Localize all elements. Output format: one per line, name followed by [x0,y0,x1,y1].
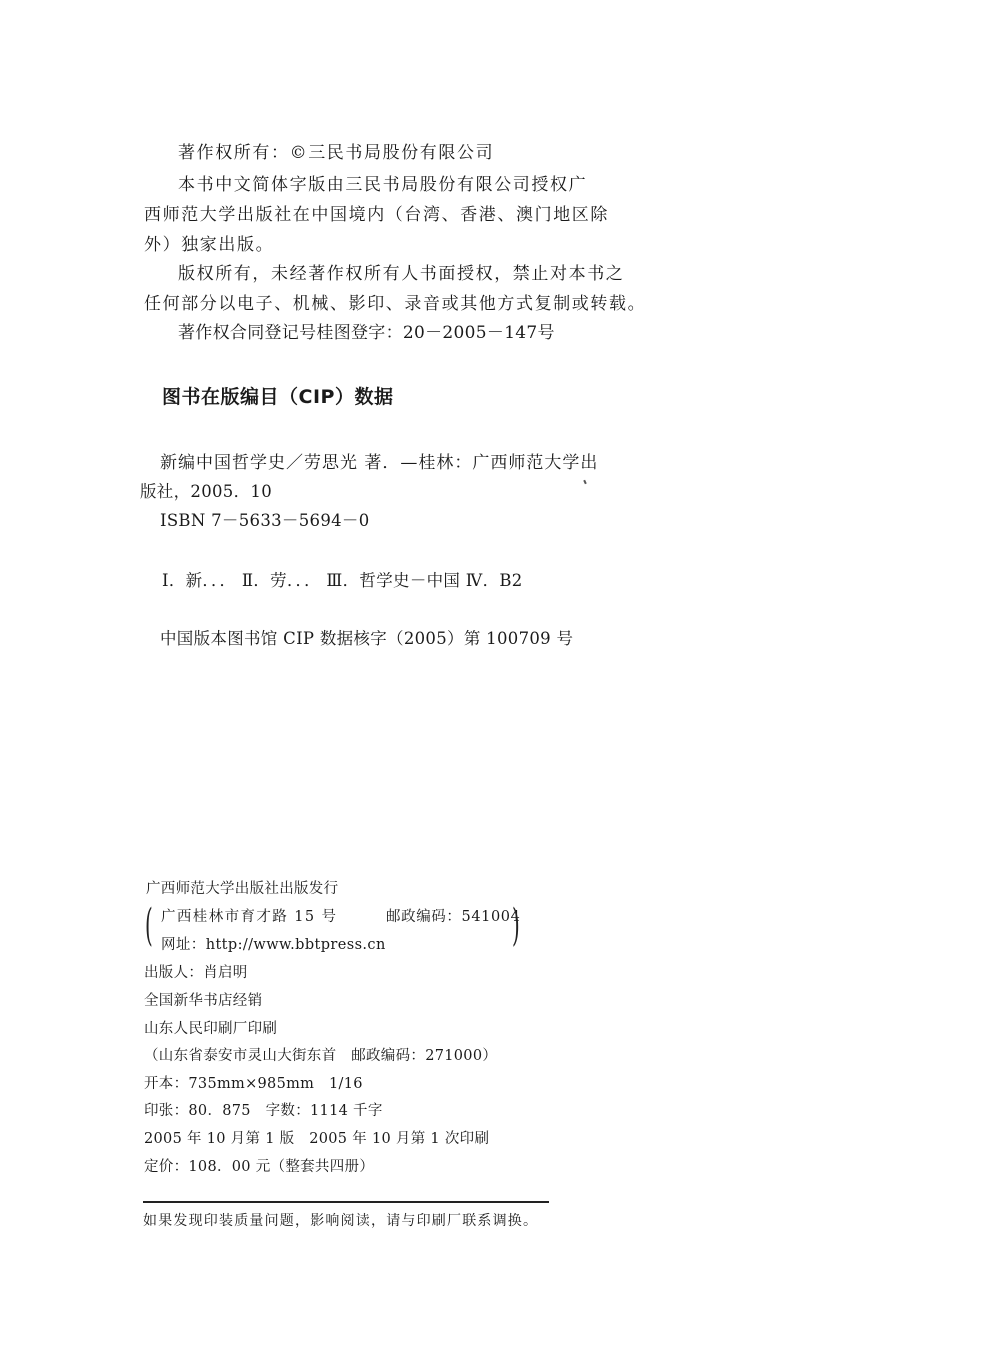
distributor: 全国新华书店经销 [144,994,262,1009]
printer: 山东人民印刷厂印刷 [144,1022,277,1037]
cip-heading: 图书在版编目（CIP）数据 [162,388,393,407]
cip-record-number: 中国版本图书馆 CIP 数据核字（2005）第 100709 号 [160,631,573,648]
sheets-and-word-count: 印张：80．875 字数：1114 千字 [144,1104,383,1119]
footer-divider [143,1201,549,1203]
cip-subjects: Ⅰ．新．．． Ⅱ．劳．．． Ⅲ．哲学史－中国 Ⅳ．B2 [162,573,523,590]
price: 定价：108．00 元（整套共四册） [144,1160,374,1175]
publisher-person: 出版人：肖启明 [144,966,248,981]
cip-entry-line-1: 新编中国哲学史／劳思光 著．—桂林：广西师范大学出 [160,455,598,472]
right-bracket: ) [512,904,520,948]
publisher-postal-code: 邮政编码：541004 [386,910,520,925]
license-line-2: 西师范大学出版社在中国境内（台湾、香港、澳门地区除 [144,207,609,224]
quality-notice: 如果发现印装质量问题，影响阅读，请与印刷厂联系调换。 [143,1214,538,1228]
rights-line-1: 版权所有，未经著作权所有人书面授权，禁止对本书之 [178,266,624,283]
cip-entry-line-2: 版社，2005．10 [140,484,272,501]
cip-isbn: ISBN 7－5633－5694－0 [160,513,370,530]
rights-line-2: 任何部分以电子、机械、影印、录音或其他方式复制或转载。 [144,296,646,313]
registration-number: 著作权合同登记号桂图登字：20－2005－147号 [178,325,555,342]
scan-speck [583,480,587,484]
edition-info: 2005 年 10 月第 1 版 2005 年 10 月第 1 次印刷 [144,1132,489,1147]
publisher-website: 网址：http://www.bbtpress.cn [161,938,386,953]
book-format: 开本：735mm×985mm 1/16 [144,1077,363,1092]
publisher: 广西师范大学出版社出版发行 [146,882,338,897]
publisher-address: 广西桂林市育才路 15 号 [161,910,337,925]
copyright-holder: 著作权所有：©三民书局股份有限公司 [178,145,494,162]
printer-address: （山东省泰安市灵山大街东首 邮政编码：271000） [144,1049,497,1064]
license-line-1: 本书中文简体字版由三民书局股份有限公司授权广 [178,177,587,194]
license-line-3: 外）独家出版。 [144,237,274,254]
left-bracket: ( [145,904,153,948]
